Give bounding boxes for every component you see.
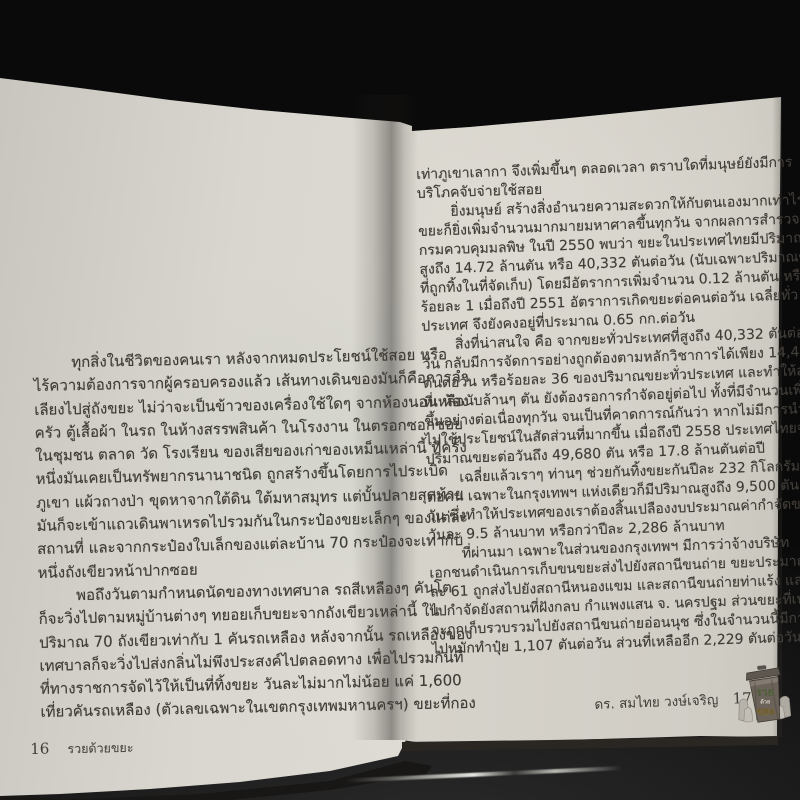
logo-word-kaya: ขยะ <box>756 705 775 718</box>
photo-of-open-book: { "colors": { "background": "#0a0a0a", "… <box>0 0 800 800</box>
author-name: ดร. สมไทย วงษ์เจริญ <box>594 692 719 713</box>
left-page-number: 16 <box>30 740 49 758</box>
book-title-running-footer: รวยด้วยขยะ <box>67 740 133 756</box>
left-page-text: ทุกสิ่งในชีวิตของคนเรา หลังจากหมดประโยชน… <box>33 344 419 725</box>
right-page-text: เท่าภูเขาเลากา จึงเพิ่มขึ้นๆ ตลอดเวลา ตร… <box>416 154 780 659</box>
trash-bin-logo: รวย ด้วย ขยะ <box>735 662 793 727</box>
logo-word-ruay: รวย <box>756 686 774 699</box>
left-page-footer: 16 รวยด้วยขยะ <box>30 737 134 760</box>
